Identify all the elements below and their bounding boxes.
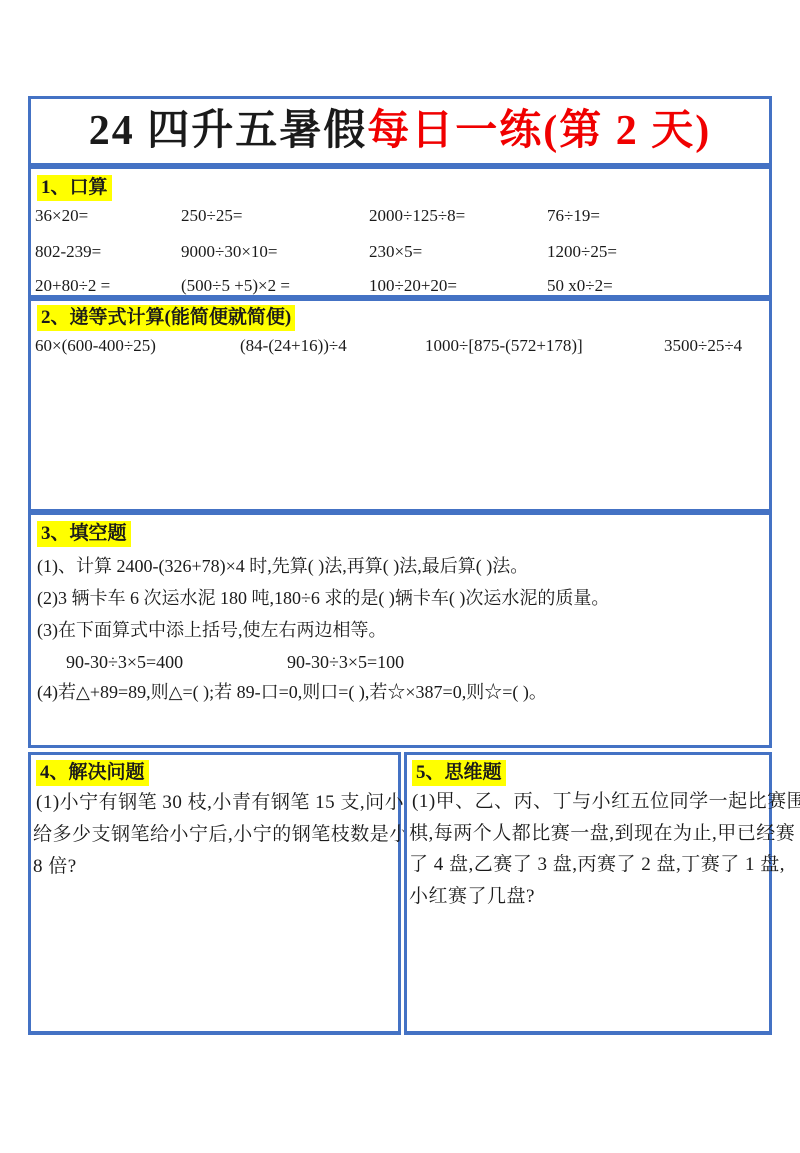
oral-problem: 100÷20+20= — [369, 275, 457, 297]
section-heading-oral: 1、口算 — [37, 175, 112, 201]
thinking-line: 棋,每两个人都比赛一盘,到现在为止,甲已经赛 — [409, 822, 795, 846]
oral-problem: 230×5= — [369, 241, 422, 263]
section-thinking: 5、思维题 (1)甲、乙、丙、丁与小红五位同学一起比赛围 棋,每两个人都比赛一盘… — [404, 752, 772, 1035]
fill-line: (4)若△+89=89,则△=( );若 89-口=0,则口=( ),若☆×38… — [37, 681, 547, 703]
worksheet-page: 24 四升五暑假每日一练(第 2 天) 1、口算 36×20= 250÷25= … — [0, 0, 800, 1153]
thinking-line: 了 4 盘,乙赛了 3 盘,丙赛了 2 盘,丁赛了 1 盘, — [409, 853, 785, 877]
oral-problem: 2000÷125÷8= — [369, 205, 465, 227]
stepwise-problem: 60×(600-400÷25) — [35, 335, 156, 357]
solve-line: 8 倍? — [33, 855, 77, 879]
stepwise-problem: (84-(24+16))÷4 — [240, 335, 347, 357]
solve-line: (1)小宁有钢笔 30 枝,小青有钢笔 15 支,问小青 — [36, 791, 424, 815]
solve-line: 给多少支钢笔给小宁后,小宁的钢笔枝数是小青的 — [33, 823, 448, 847]
oral-problem: 36×20= — [35, 205, 88, 227]
oral-problem: 802-239= — [35, 241, 101, 263]
fill-line: (2)3 辆卡车 6 次运水泥 180 吨,180÷6 求的是( )辆卡车( )… — [37, 587, 609, 609]
fill-equation: 90-30÷3×5=400 — [66, 651, 183, 673]
section-heading-stepwise: 2、递等式计算(能简便就简便) — [37, 305, 295, 331]
section-problem-solving: 4、解决问题 (1)小宁有钢笔 30 枝,小青有钢笔 15 支,问小青 给多少支… — [28, 752, 401, 1035]
section-heading-thinking: 5、思维题 — [412, 760, 506, 786]
section-heading-solve: 4、解决问题 — [36, 760, 149, 786]
title-prefix: 24 四升五暑假 — [89, 108, 368, 154]
oral-problem: 1200÷25= — [547, 241, 617, 263]
oral-problem: 250÷25= — [181, 205, 242, 227]
fill-line: (3)在下面算式中添上括号,使左右两边相等。 — [37, 619, 387, 641]
oral-problem: (500÷5 +5)×2 = — [181, 275, 290, 297]
worksheet-title: 24 四升五暑假每日一练(第 2 天) — [89, 110, 712, 152]
thinking-line: (1)甲、乙、丙、丁与小红五位同学一起比赛围 — [412, 790, 800, 814]
oral-problem: 9000÷30×10= — [181, 241, 278, 263]
oral-problem: 76÷19= — [547, 205, 600, 227]
title-highlight: 每日一练(第 2 天) — [367, 108, 711, 154]
section-fill-blanks: 3、填空题 (1)、计算 2400-(326+78)×4 时,先算( )法,再算… — [28, 512, 772, 748]
oral-problem: 50 x0÷2= — [547, 275, 613, 297]
title-box: 24 四升五暑假每日一练(第 2 天) — [28, 96, 772, 166]
section-oral-calc: 1、口算 36×20= 250÷25= 2000÷125÷8= 76÷19= 8… — [28, 166, 772, 298]
section-heading-fill: 3、填空题 — [37, 521, 131, 547]
stepwise-problem: 3500÷25÷4 — [664, 335, 742, 357]
fill-line: (1)、计算 2400-(326+78)×4 时,先算( )法,再算( )法,最… — [37, 555, 528, 577]
stepwise-problem: 1000÷[875-(572+178)] — [425, 335, 583, 357]
thinking-line: 小红赛了几盘? — [409, 885, 535, 909]
fill-equation: 90-30÷3×5=100 — [287, 651, 404, 673]
oral-problem: 20+80÷2 = — [35, 275, 110, 297]
section-stepwise-calc: 2、递等式计算(能简便就简便) 60×(600-400÷25) (84-(24+… — [28, 298, 772, 512]
